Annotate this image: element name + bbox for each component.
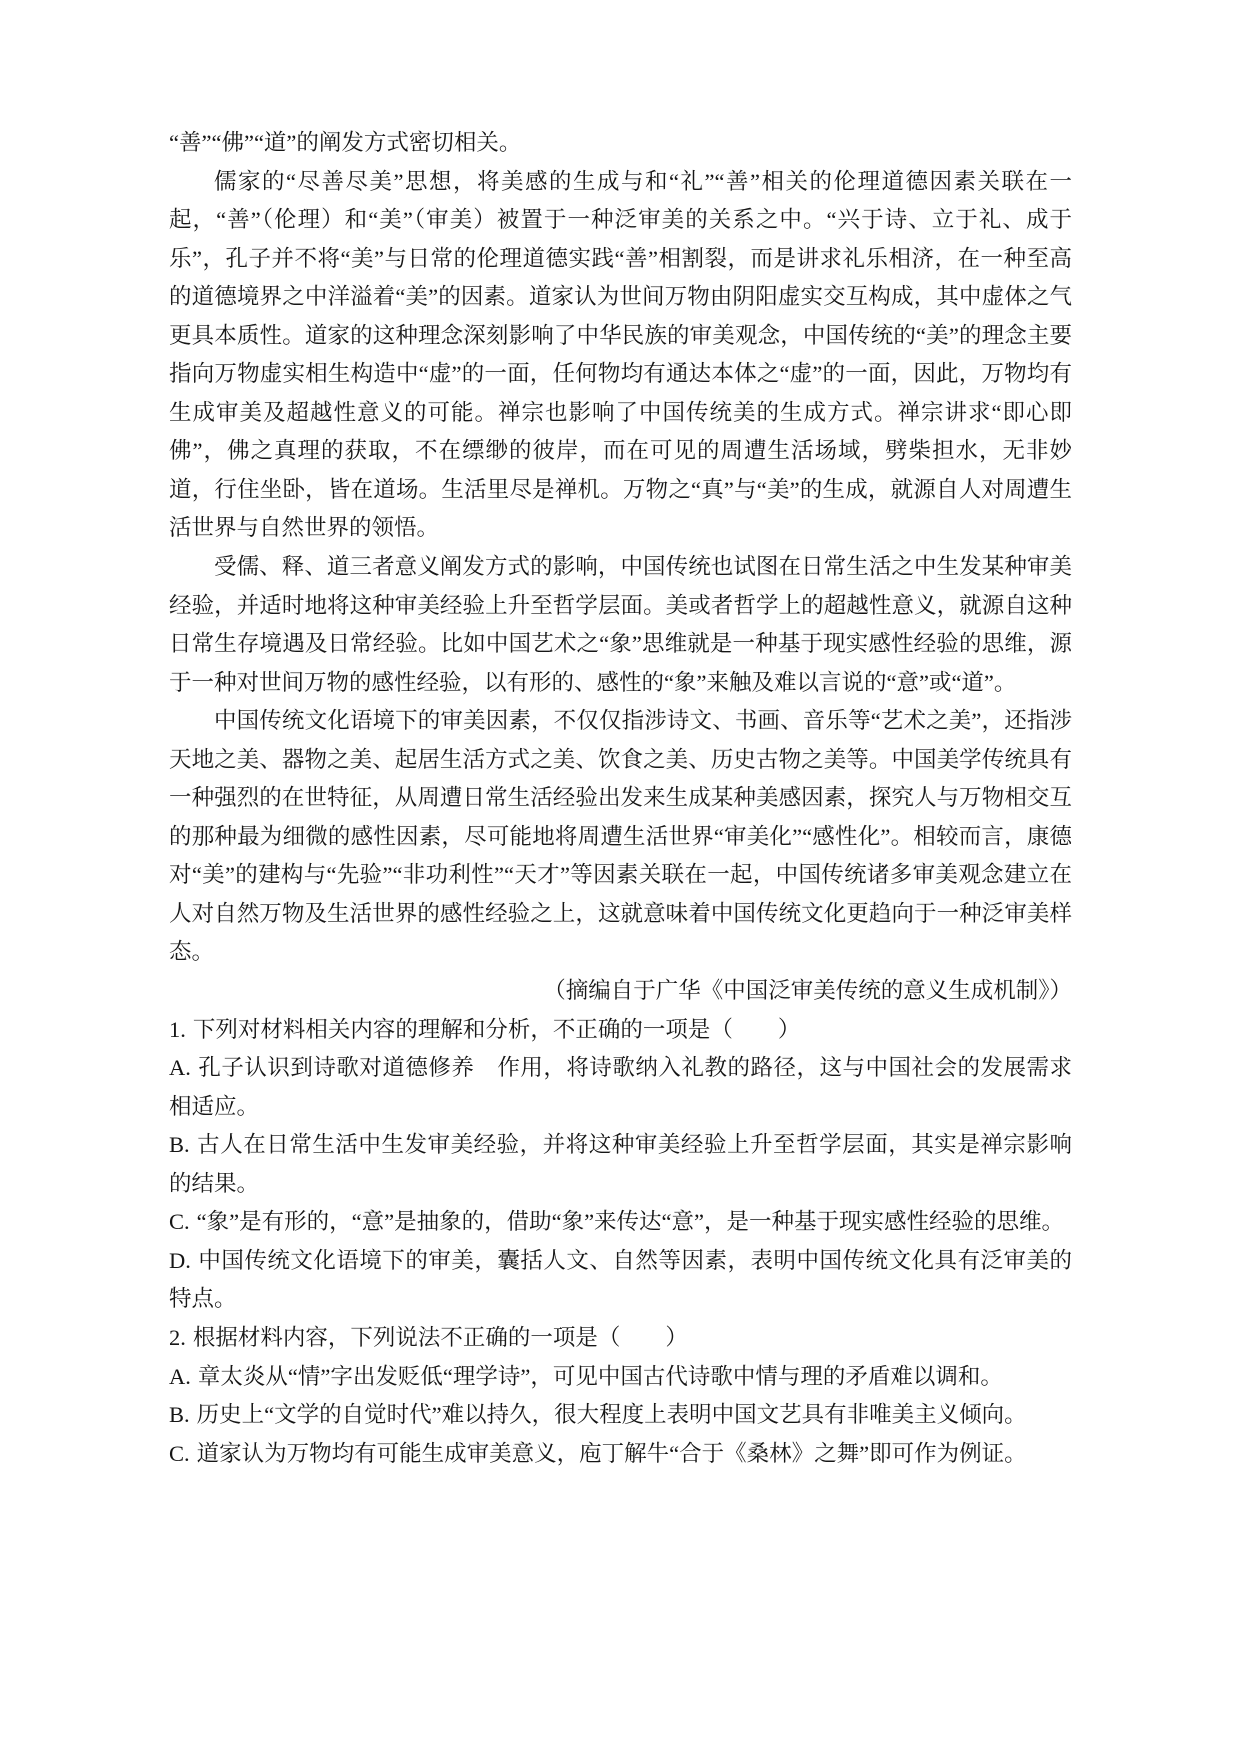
option-label: B.	[169, 1132, 190, 1157]
option-text: 孔子认识到诗歌对道德修养 作用，将诗歌纳入礼教的路径，这与中国社会的发展需求相适…	[169, 1055, 1072, 1119]
option-label: B.	[169, 1402, 190, 1427]
option-text: 道家认为万物均有可能生成审美意义，庖丁解牛“合于《桑林》之舞”即可作为例证。	[197, 1441, 1027, 1466]
option-a: A.章太炎从“情”字出发贬低“理学诗”，可见中国古代诗歌中情与理的矛盾难以调和。	[169, 1358, 1072, 1397]
question-number: 1.	[169, 1017, 186, 1042]
option-c: C.“象”是有形的，“意”是抽象的，借助“象”来传达“意”，是一种基于现实感性经…	[169, 1203, 1072, 1242]
option-label: D.	[169, 1248, 191, 1273]
passage-paragraph: 受儒、释、道三者意义阐发方式的影响，中国传统也试图在日常生活之中生发某种审美经验…	[169, 548, 1072, 702]
passage-continuation-line: “善”“佛”“道”的阐发方式密切相关。	[169, 124, 1072, 163]
option-label: C.	[169, 1209, 190, 1234]
option-label: A.	[169, 1055, 191, 1080]
option-text: 古人在日常生活中生发审美经验，并将这种审美经验上升至哲学层面，其实是禅宗影响的结…	[169, 1132, 1072, 1196]
question-stem: 1.下列对材料相关内容的理解和分析，不正确的一项是（ ）	[169, 1011, 1072, 1050]
option-text: 章太炎从“情”字出发贬低“理学诗”，可见中国古代诗歌中情与理的矛盾难以调和。	[198, 1364, 1003, 1389]
option-b: B.历史上“文学的自觉时代”难以持久，很大程度上表明中国文艺具有非唯美主义倾向。	[169, 1396, 1072, 1435]
option-text: “象”是有形的，“意”是抽象的，借助“象”来传达“意”，是一种基于现实感性经验的…	[197, 1209, 1064, 1234]
page-content: “善”“佛”“道”的阐发方式密切相关。 儒家的“尽善尽美”思想，将美感的生成与和…	[169, 124, 1072, 1473]
passage-paragraph: 中国传统文化语境下的审美因素，不仅仅指涉诗文、书画、音乐等“艺术之美”，还指涉天…	[169, 702, 1072, 972]
reading-passage: “善”“佛”“道”的阐发方式密切相关。 儒家的“尽善尽美”思想，将美感的生成与和…	[169, 124, 1072, 1011]
option-d: D.中国传统文化语境下的审美，囊括人文、自然等因素，表明中国传统文化具有泛审美的…	[169, 1242, 1072, 1319]
passage-paragraph: 儒家的“尽善尽美”思想，将美感的生成与和“礼”“善”相关的伦理道德因素关联在一起…	[169, 163, 1072, 548]
document-page: “善”“佛”“道”的阐发方式密切相关。 儒家的“尽善尽美”思想，将美感的生成与和…	[0, 0, 1240, 1754]
option-label: A.	[169, 1364, 191, 1389]
question-2: 2.根据材料内容，下列说法不正确的一项是（ ） A.章太炎从“情”字出发贬低“理…	[169, 1319, 1072, 1473]
passage-attribution: （摘编自于广华《中国泛审美传统的意义生成机制》）	[169, 972, 1072, 1011]
question-stem-text: 根据材料内容，下列说法不正确的一项是（ ）	[193, 1325, 688, 1350]
option-a: A.孔子认识到诗歌对道德修养 作用，将诗歌纳入礼教的路径，这与中国社会的发展需求…	[169, 1049, 1072, 1126]
option-text: 历史上“文学的自觉时代”难以持久，很大程度上表明中国文艺具有非唯美主义倾向。	[197, 1402, 1027, 1427]
option-c: C.道家认为万物均有可能生成审美意义，庖丁解牛“合于《桑林》之舞”即可作为例证。	[169, 1435, 1072, 1474]
question-number: 2.	[169, 1325, 186, 1350]
option-text: 中国传统文化语境下的审美，囊括人文、自然等因素，表明中国传统文化具有泛审美的特点…	[169, 1248, 1072, 1312]
option-b: B.古人在日常生活中生发审美经验，并将这种审美经验上升至哲学层面，其实是禅宗影响…	[169, 1126, 1072, 1203]
question-stem-text: 下列对材料相关内容的理解和分析，不正确的一项是（ ）	[193, 1017, 801, 1042]
question-1: 1.下列对材料相关内容的理解和分析，不正确的一项是（ ） A.孔子认识到诗歌对道…	[169, 1011, 1072, 1319]
option-label: C.	[169, 1441, 190, 1466]
question-stem: 2.根据材料内容，下列说法不正确的一项是（ ）	[169, 1319, 1072, 1358]
